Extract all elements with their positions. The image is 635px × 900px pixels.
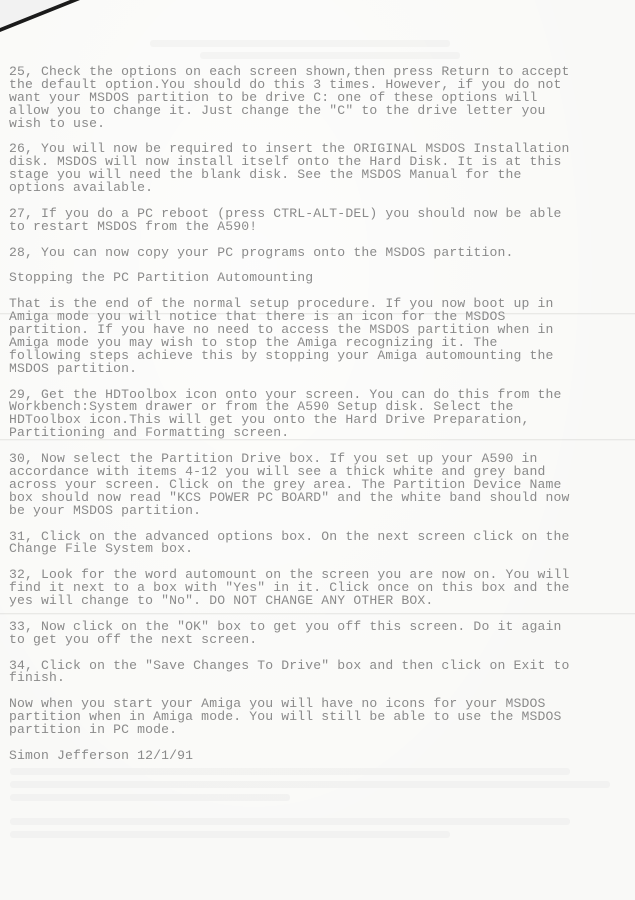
step-28: 28, You can now copy your PC programs on… — [9, 247, 629, 260]
step-30: 30, Now select the Partition Drive box. … — [9, 453, 629, 518]
folded-corner-inner — [0, 0, 70, 28]
signature: Simon Jefferson 12/1/91 — [9, 750, 629, 763]
step-32: 32, Look for the word automount on the s… — [9, 569, 629, 608]
closing-paragraph: Now when you start your Amiga you will h… — [9, 698, 629, 737]
step-26: 26, You will now be required to insert t… — [9, 143, 629, 195]
step-33: 33, Now click on the "OK" box to get you… — [9, 621, 629, 647]
step-27: 27, If you do a PC reboot (press CTRL-AL… — [9, 208, 629, 234]
step-29: 29, Get the HDToolbox icon onto your scr… — [9, 389, 629, 441]
scanned-page: 25, Check the options on each screen sho… — [0, 0, 635, 900]
section-heading: Stopping the PC Partition Automounting — [9, 272, 629, 285]
step-31: 31, Click on the advanced options box. O… — [9, 531, 629, 557]
step-34: 34, Click on the "Save Changes To Drive"… — [9, 660, 629, 686]
intro-paragraph: That is the end of the normal setup proc… — [9, 298, 629, 375]
document-body: 25, Check the options on each screen sho… — [9, 66, 629, 763]
step-25: 25, Check the options on each screen sho… — [9, 66, 629, 131]
